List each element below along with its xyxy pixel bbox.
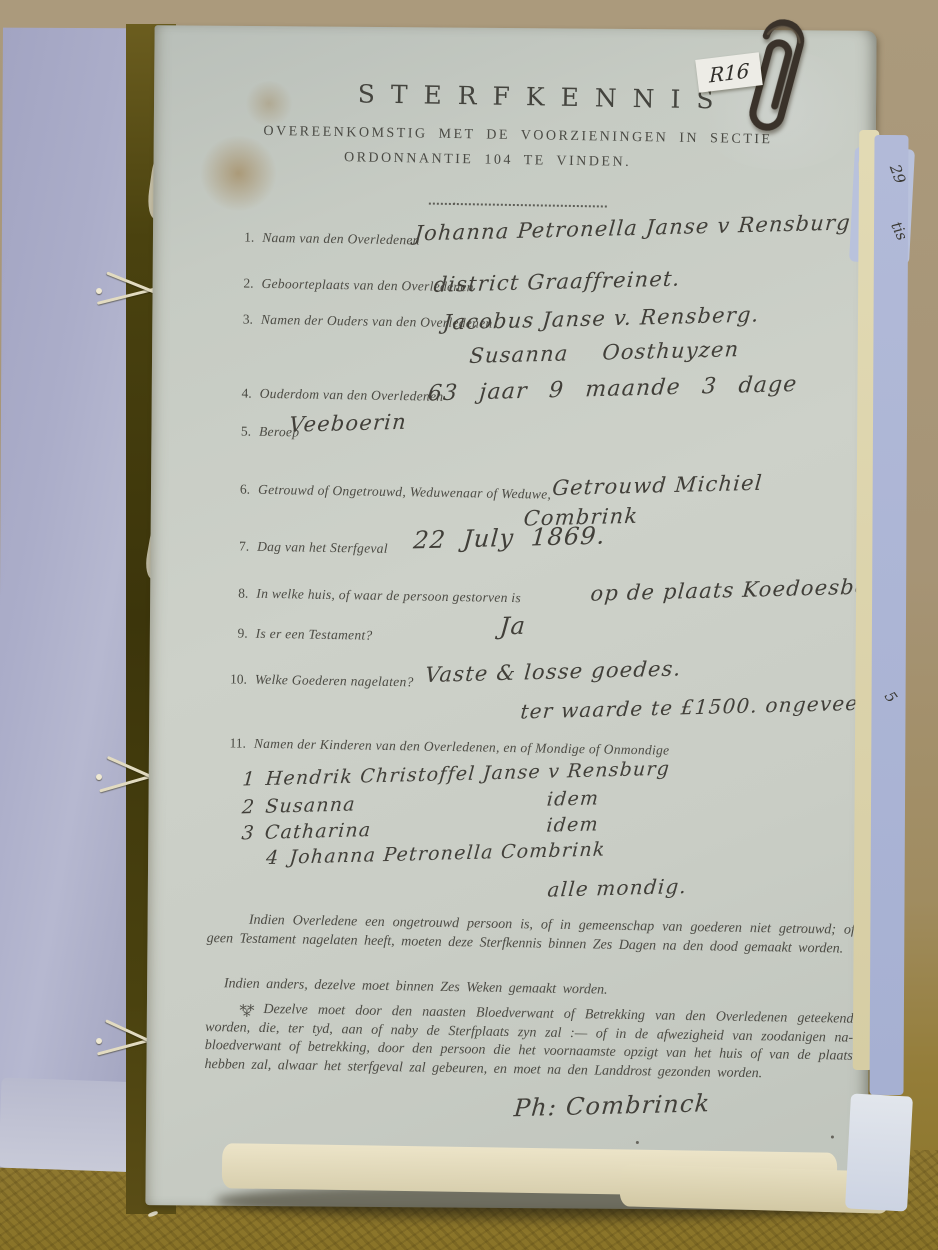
field-answer-9: Ja [499,612,528,641]
note-paragraph-2: Indien anders, dezelve moet binnen Zes W… [206,975,854,1004]
field-label: Namen der Kinderen van den Overledenen, … [254,736,670,759]
child-number: 3 [241,822,256,844]
form-field-5: 5. Beroep [153,422,853,434]
field-answer-3: Jacobus Janse v. Rensberg. [442,302,760,334]
note-paragraph-1: Indien Overledene een ongetrouwd persoon… [206,911,855,959]
field-answer-10b: ter waarde te £1500. ongeveer [520,691,871,724]
field-number: 10. [209,671,247,688]
field-answer-3b: Susanna Oosthuyzen [469,337,741,368]
field-number: 11. [208,735,246,752]
child-number: 1 [242,768,257,790]
stitch-knot [96,1038,102,1044]
field-number: 6. [212,481,250,498]
left-page-bottom-edge [0,1078,142,1173]
field-label: Welke Goederen nagelaten? [255,672,414,691]
child-note: idem [546,787,600,810]
child-name: Hendrik Christoffel Janse v Rensburg [265,758,671,790]
child-name: Catharina [264,819,372,844]
bottom-right-page-corner [845,1093,913,1211]
form-content: STERFKENNIS OVEREENKOMSTIG MET DE VOORZI… [140,22,881,1214]
form-field-11: 11. Namen der Kinderen van den Overleden… [148,734,848,746]
field-label: Dag van het Sterfgeval [257,539,388,557]
field-answer-2: district Graaffreinet. [433,267,682,297]
field-answer-10: Vaste & losse goedes. [424,656,682,687]
field-label: Is er een Testament? [256,626,373,644]
dotted-rule [429,203,607,208]
children-footer: alle mondig. [547,874,688,902]
child-row-4: 4Johanna Petronella Combrink [265,838,606,869]
field-number: 1. [216,229,254,246]
note-paragraph-3: Dezelve moet door den naasten Bloedverwa… [204,1000,853,1085]
archive-label-text: R16 [709,58,750,87]
field-number: 4. [214,385,252,402]
field-label: Getrouwd of Ongetrouwd, Weduwenaar of We… [258,482,551,503]
child-row-1: 1Hendrik Christoffel Janse v Rensburg [242,758,671,791]
field-answer-7: 22 July 1869. [412,521,607,554]
sterfkennis-form-page: STERFKENNIS OVEREENKOMSTIG MET DE VOORZI… [145,25,876,1211]
field-number: 2. [215,275,253,292]
field-answer-5: Veeboerin [288,410,408,437]
field-answer-1: Johanna Petronella Janse v Rensburg [414,210,852,245]
stitch-knot [96,288,102,294]
child-number: 2 [241,796,256,818]
field-label: Ouderdom van den Overledenen [260,386,444,405]
field-label: Naam van den Overledenen [262,230,420,249]
field-number: 7. [211,538,249,555]
stitch-knot [96,774,102,780]
field-number: 8. [210,585,248,602]
field-answer-6: Getrouwd Michiel [551,471,763,500]
field-number: 3. [215,311,253,328]
field-number: 5. [213,423,251,440]
field-answer-8: op de plaats Koedoesberg [590,574,896,606]
page-edge-blue [869,135,908,1095]
field-number: 9. [210,625,248,642]
form-subtitle-2: ORDONNANTIE 104 TE VINDEN. [177,147,797,173]
field-answer-4: 63 jaar 9 maande 3 dage [427,372,799,406]
child-name: Susanna [264,793,356,817]
signature: Ph: Combrinck [513,1089,712,1122]
photo-scene: STERFKENNIS OVEREENKOMSTIG MET DE VOORZI… [0,0,938,1250]
child-note: idem [546,813,600,836]
child-number: 4 [265,847,280,869]
field-label: In welke huis, of waar de persoon gestor… [256,586,521,606]
child-name: Johanna Petronella Combrink [289,838,607,868]
